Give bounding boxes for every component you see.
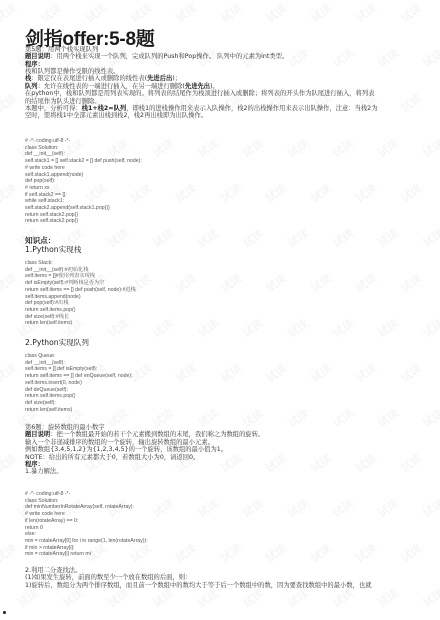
stack-code: class Stack: def __init__(self):#初始化栈 se… [25, 260, 420, 327]
explain-line: 栈：限定仅在表尾进行插入或删除的线性表(先进后出)； [25, 75, 420, 82]
watermark-text: 试读 [397, 0, 424, 26]
code-line: return 0 [25, 525, 420, 532]
code-line: class Queue: [25, 353, 420, 360]
code-line: self.items.insert(0, node) [25, 380, 420, 387]
queue-impl-heading: 2.Python实现队列 [25, 338, 420, 347]
desc-label: 题目说明 [25, 431, 50, 438]
code-line: # -*- coding:utf-8 -*- [25, 138, 420, 145]
queue-impl-section: 2.Python实现队列 [25, 338, 420, 347]
code-line: self.stack1.append(node) [25, 172, 420, 179]
code-line: while self.stack1: [25, 198, 420, 205]
analysis-rest: ，即栈1的进栈操作用来表示入队操作，栈2的出栈操作用来表示出队操作，注意：当栈2… [126, 105, 377, 112]
code-line: if min > rotateArray[i]: [25, 545, 420, 552]
code-line: def size(self):#栈长 [25, 314, 420, 321]
code-line: def minNumberInRotateArray(self, rotateA… [25, 504, 420, 511]
code-line: else: [25, 531, 420, 538]
watermark-text: 试读 [419, 45, 440, 71]
stack-def: ：限定仅在表尾进行插入或删除的线性表( [31, 75, 147, 82]
watermark-text: 试读 [0, 360, 20, 386]
watermark-text: 试读 [307, 0, 334, 26]
explain-line: 空时，需将栈1中全部元素出栈到栈2，栈2再出栈即为出队操作。 [25, 112, 420, 119]
desc-text: ：用两个栈来实现一个队列，完成队列的Push和Pop操作。 队列中的元素为int… [50, 53, 288, 60]
code-line: def pop(self):#出栈 [25, 300, 420, 307]
stack-def-end: )； [172, 75, 181, 82]
watermark-text: 试读 [0, 450, 20, 476]
problem6-desc-line: NOTE：给出的所有元素都大于0，若数组大小为0，请返回0。 [25, 454, 420, 461]
code-line: def deQueue(self): [25, 387, 420, 394]
problem6-program-label: 程序： [25, 461, 420, 468]
knowledge-heading: 知识点： [25, 236, 420, 245]
analysis-formula: 栈1+栈2=队列 [82, 105, 127, 112]
watermark-text: 试读 [37, 0, 64, 26]
watermark-text: 试读 [0, 270, 20, 296]
queue-term: 队列 [25, 83, 38, 90]
code-line: if self.stack2 == []: [25, 192, 420, 199]
queue-def-end: )。 [210, 83, 219, 90]
code-line: self.stack1 = [] self.stack2 = [] def pu… [25, 158, 420, 165]
problem5-description: 题目说明：用两个栈来实现一个队列，完成队列的Push和Pop操作。 队列中的元素… [25, 53, 420, 60]
watermark-text: 试读 [419, 585, 440, 611]
explain-line: 在python中，栈和队列都是用列表实现的。将列表的结尾作为栈顶进行插入或删除；… [25, 90, 420, 97]
analysis-prefix: 本题中，分析可得： [25, 105, 82, 112]
knowledge-section: 知识点： 1.Python实现栈 [25, 236, 420, 254]
code-line: class Stack: [25, 260, 420, 267]
desc-text: ：把一个数组最开始的若干个元素搬到数组的末尾，我们称之为数组的旋转。 [50, 431, 264, 438]
watermark-text: 试读 [0, 0, 20, 26]
method1-label: 1.暴力解法。 [25, 468, 420, 475]
watermark-text: 试读 [0, 90, 20, 116]
stack-impl-heading: 1.Python实现栈 [25, 245, 420, 254]
queue-code: class Queue: def __init__(self): self.it… [25, 353, 420, 413]
fifo-term: 先进先出 [185, 83, 210, 90]
queue-def: ：允许在线性表的一端进行插入，在另一端进行删除( [38, 83, 185, 90]
problem5-explanation: 栈和队列都是操作受限的线性表。 栈：限定仅在表尾进行插入或删除的线性表(先进后出… [25, 68, 420, 120]
code-line: self.stack2.append(self.stack1.pop()) [25, 205, 420, 212]
code-line: min = rotateArray[0] for i in range(1, l… [25, 538, 420, 545]
code-line: def __init__(self): [25, 151, 420, 158]
code-line: min = rotateArray[i] return mi [25, 551, 420, 558]
code-line: # write code here [25, 165, 420, 172]
code-line: # return xx [25, 185, 420, 192]
lifo-term: 先进后出 [147, 75, 172, 82]
code-line: def size(self): [25, 400, 420, 407]
watermark-text: 试读 [262, 0, 289, 26]
code-line: return self.stack2.pop() [25, 218, 420, 225]
problem5-code: # -*- coding:utf-8 -*- class Solution: d… [25, 138, 420, 225]
code-line: return self.items.pop() [25, 307, 420, 314]
method2-line: (1)如果发生旋转，前面的数至少一个放在数组的后面，则： [25, 574, 420, 581]
method2-line: 1)旋转后，数组分为两个排序数组，而且前一个数组中的数均大于等于后一个数组中的数… [25, 582, 420, 589]
watermark-text: 试读 [419, 315, 440, 341]
watermark-text: 试读 [419, 225, 440, 251]
watermark-text: 试读 [419, 135, 440, 161]
problem6-method2: 2.利用二分查找法。 (1)如果发生旋转，前面的数至少一个放在数组的后面，则： … [25, 567, 420, 589]
code-line: self.items.append(node) [25, 294, 420, 301]
code-line: return self.stack2.pop() [25, 212, 420, 219]
desc-label: 题目说明 [25, 53, 50, 60]
code-line: return self.items.pop() [25, 393, 420, 400]
page-bullet-marker [3, 611, 6, 614]
code-line: def __init__(self): [25, 360, 420, 367]
problem6-desc-line: 例如数组{3,4,5,1,2}为{1,2,3,4,5}的一个旋转，该数组的最小值… [25, 446, 420, 453]
watermark-text: 试读 [0, 540, 20, 566]
watermark-text: 试读 [419, 405, 440, 431]
code-line: def pop(self): [25, 178, 420, 185]
code-line: # write code here [25, 511, 420, 518]
watermark-text: 试读 [82, 0, 109, 26]
code-line: return len(self.items) [25, 320, 420, 327]
explain-line: 的结尾作为队头进行删除。 [25, 98, 420, 105]
code-line: if len(rotateArray) == 0: [25, 518, 420, 525]
problem5-intro: 第5题：用两个栈实现队列 题目说明：用两个栈来实现一个队列，完成队列的Push和… [25, 46, 420, 68]
watermark-text: 试读 [419, 495, 440, 521]
watermark-text: 试读 [217, 0, 244, 26]
code-line: def isEmpty(self):#判断栈是否为空 [25, 280, 420, 287]
code-line: return self.items == [] def push(self, n… [25, 287, 420, 294]
code-line: # -*- coding:utf-8 -*- [25, 491, 420, 498]
code-line: self.items = [] def isEmpty(self): [25, 366, 420, 373]
code-line: class Solution: [25, 145, 420, 152]
problem6-intro: 第6题：旋转数组的最小数字 题目说明：把一个数组最开始的若干个元素搬到数组的末尾… [25, 424, 420, 476]
code-line: return self.items == [] def enQueue(self… [25, 373, 420, 380]
problem6-code: # -*- coding:utf-8 -*- class Solution: d… [25, 491, 420, 558]
watermark-text: 试读 [172, 0, 199, 26]
code-line: class Solution: [25, 498, 420, 505]
watermark-text: 试读 [0, 180, 20, 206]
problem6-description: 题目说明：把一个数组最开始的若干个元素搬到数组的末尾，我们称之为数组的旋转。 [25, 431, 420, 438]
code-line: return len(self.items) [25, 407, 420, 414]
watermark-text: 试读 [352, 0, 379, 26]
watermark-text: 试读 [127, 0, 154, 26]
